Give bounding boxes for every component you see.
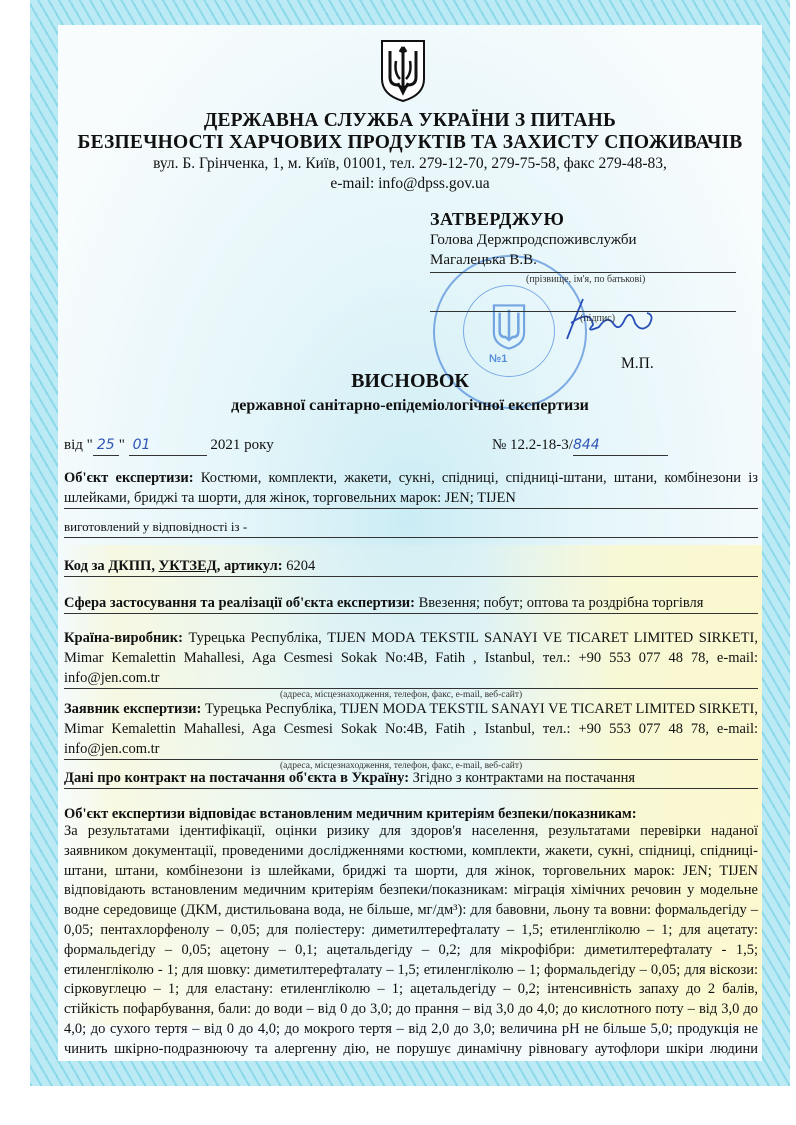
compliance-heading: Об'єкт експертизи відповідає встановлени… [64,804,758,824]
signature-caption: (підпис) [580,313,615,324]
scope-label: Сфера застосування та реалізації об'єкта… [64,595,415,611]
country-label: Країна-виробник: [64,630,183,646]
document-subtitle: державної санітарно-епідеміологічної екс… [58,397,762,415]
applicant: Заявник експертизи: Турецька Республіка,… [64,699,758,760]
seal-number: №1 [489,353,507,365]
document-title: ВИСНОВОК [58,370,762,393]
country-of-manufacture: Країна-виробник: Турецька Республіка, TI… [64,628,758,689]
date-month: 01 [129,435,207,456]
contract-label: Дані про контракт на постачання об'єкта … [64,770,409,786]
approval-block: ЗАТВЕРДЖУЮ Голова Держпродспоживслужби М… [430,208,750,270]
trident-coat-of-arms-icon [380,39,426,103]
name-caption: (прізвище, ім'я, по батькові) [526,274,645,285]
manufactured-according: виготовлений у відповідності із - [64,517,758,538]
object-of-expertise: Об'єкт експертизи: Костюми, комплекти, ж… [64,468,758,509]
approver-name: Магалецька В.В. [430,250,750,270]
seal-inner-ring [463,285,555,377]
contract-value: Згідно з контрактами на постачання [413,770,635,786]
supply-contract: Дані про контракт на постачання об'єкта … [64,768,758,789]
scope-of-use: Сфера застосування та реалізації об'єкта… [64,593,758,614]
compliance-text: За результатами ідентифікації, оцінки ри… [64,822,758,1061]
signature-underline [430,311,736,312]
scope-value: Ввезення; побут; оптова та роздрібна тор… [419,595,704,611]
certificate-panel: ДЕРЖАВНА СЛУЖБА УКРАЇНИ З ПИТАНЬ БЕЗПЕЧН… [58,25,762,1061]
org-name-line-2: БЕЗПЕЧНОСТІ ХАРЧОВИХ ПРОДУКТІВ ТА ЗАХИСТ… [58,131,762,154]
approval-title: ЗАТВЕРДЖУЮ [430,208,750,230]
product-code: Код за ДКПП, УКТЗЕД, артикул: 6204 [64,556,758,577]
object-label: Об'єкт експертизи: [64,470,194,486]
date-day: 25 [93,435,119,456]
name-underline [430,272,736,273]
document-number: № 12.2-18-3/844 [492,435,752,456]
org-email: e-mail: info@dpss.gov.ua [58,174,762,193]
approver-position: Голова Держпродспоживслужби [430,230,750,250]
applicant-label: Заявник експертизи: [64,701,201,717]
number-suffix: 844 [573,435,668,456]
certificate-content: ДЕРЖАВНА СЛУЖБА УКРАЇНИ З ПИТАНЬ БЕЗПЕЧН… [58,25,762,1061]
date-year: 2021 року [210,437,273,453]
code-value: 6204 [286,558,315,574]
org-name-line-1: ДЕРЖАВНА СЛУЖБА УКРАЇНИ З ПИТАНЬ [58,109,762,132]
org-address: вул. Б. Грінченка, 1, м. Київ, 01001, те… [58,154,762,173]
